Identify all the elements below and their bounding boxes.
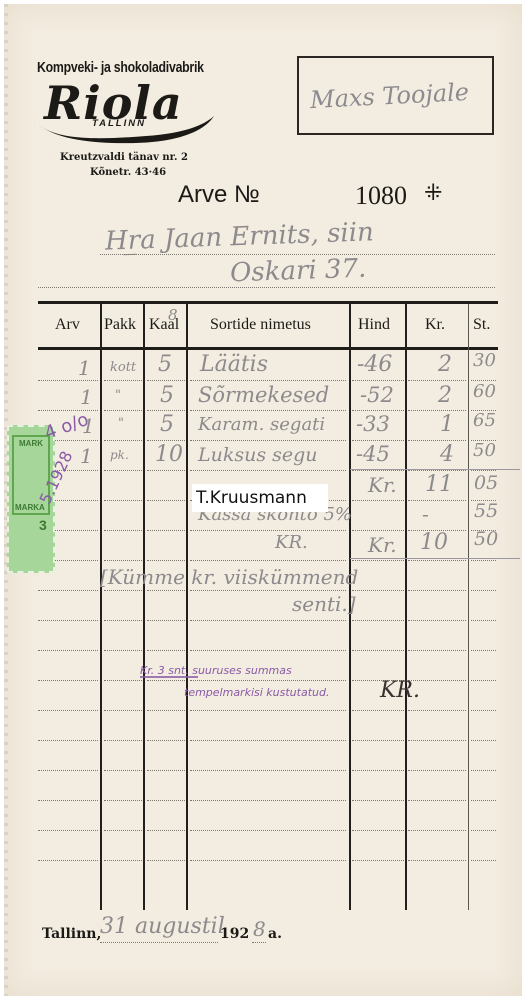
row-dotline	[352, 800, 404, 801]
row4-name: Luksus segu	[198, 444, 318, 466]
row2-name: Sõrmekesed	[198, 383, 329, 407]
amount-in-words-1: [Kümme kr. viiskümmend	[100, 565, 358, 589]
row-dotline	[190, 740, 346, 741]
row-dotline	[190, 800, 346, 801]
row3-kr: 1	[440, 412, 454, 437]
tax-stamp-line1: Kr. 3 snt. suuruses summas	[140, 664, 292, 677]
row-dotline	[104, 380, 142, 381]
invoice-label: Arve №	[178, 181, 260, 209]
row-dotline	[38, 860, 98, 861]
row2-arv: 1	[80, 385, 93, 409]
row-dotline	[471, 770, 496, 771]
footer-year-dotline	[252, 942, 266, 943]
row-dotline	[190, 620, 346, 621]
discount-st: 55	[474, 500, 498, 522]
discount-kr: -	[422, 502, 429, 526]
row-dotline	[147, 650, 185, 651]
row-dotline	[352, 410, 404, 411]
row1-arv: 1	[78, 356, 91, 380]
row-dotline	[104, 710, 142, 711]
footer-date-dotline	[100, 942, 218, 943]
row-dotline	[190, 590, 346, 591]
total-label: Kr.	[368, 533, 397, 557]
row4-pakk: pk.	[110, 448, 129, 462]
company-address: Kreutzvaldi tänav nr. 2	[60, 152, 188, 163]
row-dotline	[408, 830, 466, 831]
row-dotline	[38, 650, 98, 651]
row4-kr: 4	[440, 442, 454, 467]
row-dotline	[147, 530, 185, 531]
row-dotline	[104, 770, 142, 771]
row-dotline	[408, 470, 466, 471]
asterism-icon: ⁜	[424, 181, 442, 206]
header-kaal-annotation: 8	[168, 306, 178, 324]
row-dotline	[147, 770, 185, 771]
company-phone: Kõnetr. 43·46	[90, 167, 166, 178]
row-dotline	[104, 830, 142, 831]
company-logo-city: TALLINN	[92, 118, 146, 129]
row-dotline	[190, 380, 346, 381]
row1-pakk: kott	[110, 360, 136, 375]
row-dotline	[104, 560, 142, 561]
subtotal-kr: 11	[425, 472, 453, 497]
invoice-number: 1080	[355, 181, 407, 211]
row-dotline	[352, 560, 404, 561]
header-st: St.	[473, 316, 490, 334]
row-dotline	[352, 650, 404, 651]
header-hind: Hind	[358, 316, 390, 334]
total-underline	[350, 558, 520, 559]
recipient-dotline-1	[100, 254, 495, 255]
row-dotline	[38, 800, 98, 801]
row-dotline	[147, 740, 185, 741]
row-dotline	[104, 740, 142, 741]
revenue-stamp-bottom-text: MARKA	[15, 503, 45, 512]
row1-kaal: 5	[158, 352, 172, 377]
row4-hind: -45	[356, 442, 390, 466]
header-kr: Kr.	[425, 316, 445, 334]
row-dotline	[190, 860, 346, 861]
row-dotline	[147, 410, 185, 411]
total-st: 50	[474, 528, 498, 550]
revenue-stamp-top-text: MARK	[19, 439, 43, 448]
row-dotline	[352, 530, 404, 531]
row-dotline	[471, 710, 496, 711]
row-dotline	[190, 410, 346, 411]
row-dotline	[408, 800, 466, 801]
row-dotline	[408, 500, 466, 501]
row-dotline	[471, 470, 496, 471]
row-dotline	[38, 380, 98, 381]
row2-hind: -52	[360, 383, 394, 407]
row-dotline	[408, 380, 466, 381]
row-dotline	[38, 410, 98, 411]
row-dotline	[352, 590, 404, 591]
row-dotline	[352, 470, 404, 471]
row-dotline	[352, 740, 404, 741]
row-dotline	[471, 740, 496, 741]
row-dotline	[104, 650, 142, 651]
row-dotline	[104, 470, 142, 471]
row-dotline	[38, 590, 98, 591]
row-dotline	[147, 440, 185, 441]
row-dotline	[104, 440, 142, 441]
row-dotline	[38, 680, 98, 681]
row-dotline	[147, 380, 185, 381]
row-dotline	[408, 410, 466, 411]
row3-kaal: 5	[160, 412, 174, 437]
row-dotline	[190, 680, 346, 681]
column-divider-kr-st	[468, 304, 469, 910]
row4-arv: 1	[80, 444, 93, 468]
row-dotline	[408, 620, 466, 621]
row-dotline	[471, 650, 496, 651]
row-dotline	[190, 710, 346, 711]
row-dotline	[408, 860, 466, 861]
row-dotline	[352, 380, 404, 381]
row-dotline	[352, 710, 404, 711]
total-kr: 10	[420, 530, 448, 555]
row3-hind: -33	[356, 412, 390, 436]
row-dotline	[471, 830, 496, 831]
footer-city: Tallinn,	[42, 926, 101, 942]
row2-pakk: "	[115, 388, 121, 403]
row-dotline	[190, 530, 346, 531]
name-overlay-label: T.Kruusmann	[192, 484, 328, 512]
row-dotline	[38, 770, 98, 771]
row-dotline	[147, 680, 185, 681]
row-dotline	[104, 800, 142, 801]
tax-stamp-line2: tempelmarkisi kustutatud.	[184, 686, 329, 699]
header-arv: Arv	[55, 316, 80, 334]
row2-st: 60	[473, 381, 496, 402]
row-dotline	[408, 740, 466, 741]
company-tagline: Kompveki- ja shokoladivabrik	[37, 59, 204, 76]
column-divider-kaal-name	[186, 304, 188, 910]
row-dotline	[147, 620, 185, 621]
row1-hind: -46	[357, 352, 392, 377]
row-dotline	[104, 410, 142, 411]
subtotal-label: Kr.	[368, 473, 397, 497]
row-dotline	[38, 710, 98, 711]
row-dotline	[352, 500, 404, 501]
row-dotline	[147, 710, 185, 711]
header-pakk: Pakk	[104, 316, 136, 334]
row-dotline	[408, 650, 466, 651]
row-dotline	[104, 620, 142, 621]
row-dotline	[471, 590, 496, 591]
row-dotline	[352, 440, 404, 441]
footer-year-digit: 8	[253, 917, 266, 941]
row-dotline	[408, 440, 466, 441]
row4-kaal: 10	[155, 442, 183, 467]
row-dotline	[38, 830, 98, 831]
row-dotline	[190, 440, 346, 441]
row-dotline	[352, 860, 404, 861]
row2-kaal: 5	[160, 383, 174, 408]
row-dotline	[352, 770, 404, 771]
footer-suffix: a.	[268, 926, 282, 942]
total-initials: KR.	[275, 532, 308, 553]
row-dotline	[190, 770, 346, 771]
tax-stamp-initials: KR.	[380, 678, 420, 703]
row-dotline	[190, 830, 346, 831]
row-dotline	[408, 560, 466, 561]
row3-arv: 1	[82, 414, 95, 438]
row-dotline	[408, 590, 466, 591]
row-dotline	[147, 830, 185, 831]
row-dotline	[190, 470, 346, 471]
column-divider-arv-pakk	[100, 304, 102, 910]
recipient-address: Oskari 37.	[230, 254, 367, 289]
row1-st: 30	[473, 350, 496, 371]
revenue-stamp-denomination: 3	[39, 517, 47, 533]
row1-kr: 2	[438, 352, 452, 377]
footer-date-handwritten: 31 augustil	[100, 914, 225, 939]
row-dotline	[147, 800, 185, 801]
column-divider-pakk-kaal	[143, 304, 145, 910]
subtotal-st: 05	[474, 472, 498, 494]
row3-pakk: "	[118, 416, 124, 431]
row-dotline	[408, 710, 466, 711]
row-dotline	[190, 560, 346, 561]
row-dotline	[408, 770, 466, 771]
row3-st: 65	[473, 410, 496, 431]
row-dotline	[471, 800, 496, 801]
row1-name: Läätis	[200, 352, 268, 377]
row4-st: 50	[473, 440, 496, 461]
row-dotline	[104, 530, 142, 531]
row-dotline	[471, 680, 496, 681]
row-dotline	[352, 620, 404, 621]
amount-in-words-2: senti.]	[292, 592, 356, 616]
table-top-rule	[38, 301, 498, 304]
footer-year-prefix: 192	[220, 926, 249, 942]
row-dotline	[104, 500, 142, 501]
row-dotline	[147, 860, 185, 861]
row-dotline	[471, 860, 496, 861]
column-divider-hind-kr	[405, 304, 407, 910]
row-dotline	[352, 830, 404, 831]
row-dotline	[38, 620, 98, 621]
row-dotline	[104, 590, 142, 591]
row-dotline	[38, 740, 98, 741]
row3-name: Karam. segati	[198, 414, 325, 435]
row-dotline	[147, 500, 185, 501]
row-dotline	[104, 680, 142, 681]
row2-kr: 2	[438, 383, 452, 408]
subtotal-underline	[350, 469, 520, 470]
row-dotline	[190, 650, 346, 651]
row-dotline	[471, 620, 496, 621]
table-header-rule	[38, 347, 498, 350]
row-dotline	[471, 560, 496, 561]
row-dotline	[104, 860, 142, 861]
row-dotline	[147, 470, 185, 471]
row-dotline	[147, 590, 185, 591]
recipient-dotline-2	[38, 287, 495, 288]
row-dotline	[147, 560, 185, 561]
header-sortide-nimetus: Sortide nimetus	[210, 316, 311, 334]
